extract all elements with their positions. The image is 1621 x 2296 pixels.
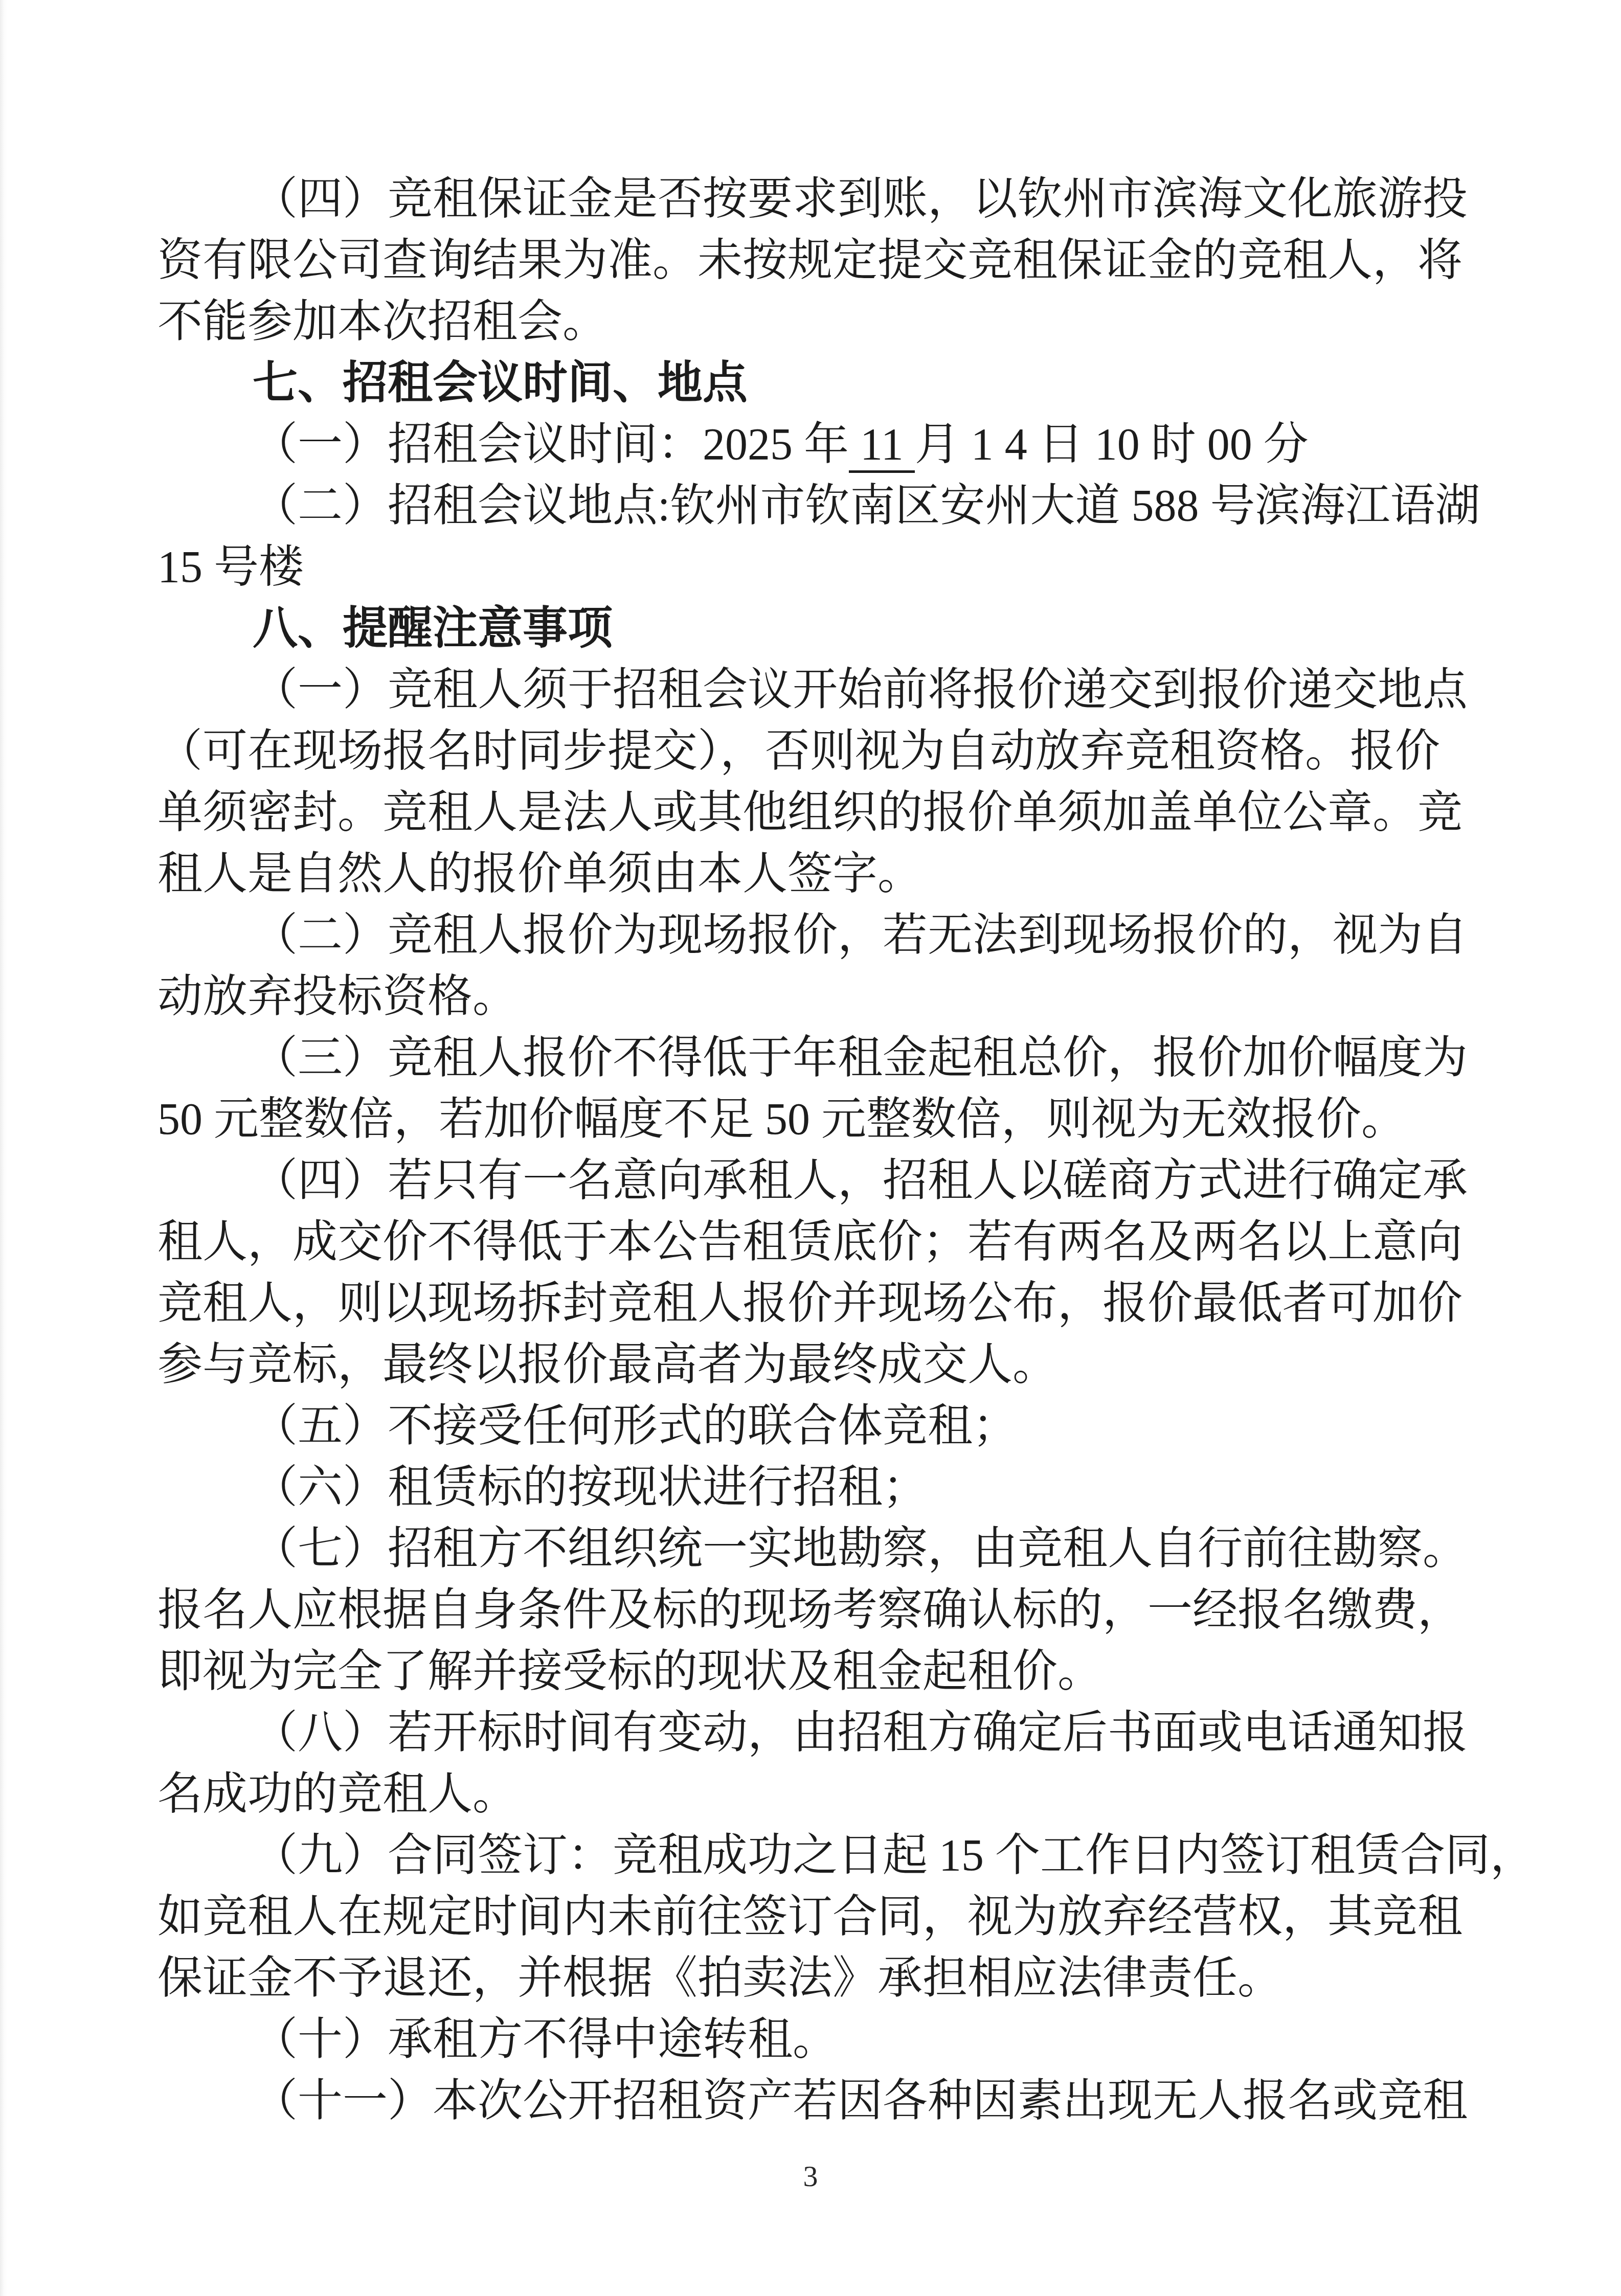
text-line: （四）竞租保证金是否按要求到账，以钦州市滨海文化旅游投 bbox=[157, 169, 1477, 230]
paragraph: （一）招租会议时间：2025 年 11 月 1 4 日 10 时 00 分 bbox=[157, 414, 1477, 475]
paragraph: （一）竞租人须于招租会议开始前将报价递交到报价递交地点（可在现场报名时同步提交）… bbox=[157, 660, 1477, 905]
text-line: 资有限公司查询结果为准。未按规定提交竞租保证金的竞租人，将 bbox=[157, 230, 1477, 291]
text-line: （二）招租会议地点:钦州市钦南区安州大道 588 号滨海江语湖 bbox=[157, 475, 1477, 537]
text-line: （五）不接受任何形式的联合体竞租； bbox=[157, 1396, 1477, 1457]
text-line: （七）招租方不组织统一实地勘察，由竞租人自行前往勘察。 bbox=[157, 1518, 1477, 1580]
document-body: （四）竞租保证金是否按要求到账，以钦州市滨海文化旅游投资有限公司查询结果为准。未… bbox=[157, 169, 1477, 2132]
text-line: 15 号楼 bbox=[157, 537, 1477, 598]
text-line: （一）招租会议时间：2025 年 11 月 1 4 日 10 时 00 分 bbox=[157, 414, 1477, 475]
text-line: （九）合同签订：竞租成功之日起 15 个工作日内签订租赁合同， bbox=[157, 1825, 1477, 1886]
text-line: （三）竞租人报价不得低于年租金起租总价，报价加价幅度为 bbox=[157, 1028, 1477, 1089]
text-line: （十一）本次公开招租资产若因各种因素出现无人报名或竞租 bbox=[157, 2071, 1477, 2132]
text-line: 参与竞标，最终以报价最高者为最终成交人。 bbox=[157, 1334, 1477, 1396]
text-line: 报名人应根据自身条件及标的现场考察确认标的，一经报名缴费， bbox=[157, 1580, 1477, 1641]
text-line: 单须密封。竞租人是法人或其他组织的报价单须加盖单位公章。竞 bbox=[157, 782, 1477, 844]
text-line: （八）若开标时间有变动，由招租方确定后书面或电话通知报 bbox=[157, 1702, 1477, 1764]
text-line: 租人，成交价不得低于本公告租赁底价；若有两名及两名以上意向 bbox=[157, 1212, 1477, 1273]
text-line: 即视为完全了解并接受标的现状及租金起租价。 bbox=[157, 1641, 1477, 1702]
paragraph: （六）租赁标的按现状进行招租； bbox=[157, 1457, 1477, 1518]
text-line: （六）租赁标的按现状进行招租； bbox=[157, 1457, 1477, 1518]
text-segment: （一）招租会议时间：2025 年 bbox=[253, 420, 849, 469]
text-segment: 月 1 4 日 10 时 00 分 bbox=[915, 420, 1309, 469]
paragraph: （八）若开标时间有变动，由招租方确定后书面或电话通知报名成功的竞租人。 bbox=[157, 1702, 1477, 1825]
underlined-text: 11 bbox=[849, 420, 915, 473]
text-line: （一）竞租人须于招租会议开始前将报价递交到报价递交地点 bbox=[157, 660, 1477, 721]
paragraph: （二）竞租人报价为现场报价，若无法到现场报价的，视为自动放弃投标资格。 bbox=[157, 905, 1477, 1028]
section-heading: 七、招租会议时间、地点 bbox=[157, 353, 1477, 414]
text-line: （十）承租方不得中途转租。 bbox=[157, 2009, 1477, 2071]
text-line: 动放弃投标资格。 bbox=[157, 966, 1477, 1028]
text-line: 保证金不予退还，并根据《拍卖法》承担相应法律责任。 bbox=[157, 1948, 1477, 2009]
footer-page-number: 3 bbox=[0, 2158, 1621, 2194]
paragraph: （十一）本次公开招租资产若因各种因素出现无人报名或竞租 bbox=[157, 2071, 1477, 2132]
document-page: （四）竞租保证金是否按要求到账，以钦州市滨海文化旅游投资有限公司查询结果为准。未… bbox=[0, 0, 1621, 2296]
text-line: 不能参加本次招租会。 bbox=[157, 291, 1477, 353]
text-line: 租人是自然人的报价单须由本人签字。 bbox=[157, 844, 1477, 905]
paragraph: （十）承租方不得中途转租。 bbox=[157, 2009, 1477, 2071]
text-line: 竞租人，则以现场拆封竞租人报价并现场公布，报价最低者可加价 bbox=[157, 1273, 1477, 1334]
text-line: 50 元整数倍，若加价幅度不足 50 元整数倍，则视为无效报价。 bbox=[157, 1089, 1477, 1150]
text-line: 如竞租人在规定时间内未前往签订合同，视为放弃经营权，其竞租 bbox=[157, 1886, 1477, 1948]
paragraph: （三）竞租人报价不得低于年租金起租总价，报价加价幅度为50 元整数倍，若加价幅度… bbox=[157, 1028, 1477, 1150]
text-line: 七、招租会议时间、地点 bbox=[157, 353, 1477, 414]
scan-edge-artifact bbox=[0, 0, 7, 2296]
paragraph: （五）不接受任何形式的联合体竞租； bbox=[157, 1396, 1477, 1457]
paragraph: （七）招租方不组织统一实地勘察，由竞租人自行前往勘察。报名人应根据自身条件及标的… bbox=[157, 1518, 1477, 1702]
text-line: 名成功的竞租人。 bbox=[157, 1764, 1477, 1825]
paragraph: （四）若只有一名意向承租人，招租人以磋商方式进行确定承租人，成交价不得低于本公告… bbox=[157, 1150, 1477, 1396]
paragraph: （九）合同签订：竞租成功之日起 15 个工作日内签订租赁合同，如竞租人在规定时间… bbox=[157, 1825, 1477, 2009]
text-line: （二）竞租人报价为现场报价，若无法到现场报价的，视为自 bbox=[157, 905, 1477, 966]
text-line: 八、提醒注意事项 bbox=[157, 598, 1477, 660]
paragraph: （四）竞租保证金是否按要求到账，以钦州市滨海文化旅游投资有限公司查询结果为准。未… bbox=[157, 169, 1477, 353]
section-heading: 八、提醒注意事项 bbox=[157, 598, 1477, 660]
text-line: （四）若只有一名意向承租人，招租人以磋商方式进行确定承 bbox=[157, 1150, 1477, 1212]
text-line: （可在现场报名时同步提交），否则视为自动放弃竞租资格。报价 bbox=[157, 721, 1477, 782]
paragraph: （二）招租会议地点:钦州市钦南区安州大道 588 号滨海江语湖15 号楼 bbox=[157, 475, 1477, 598]
